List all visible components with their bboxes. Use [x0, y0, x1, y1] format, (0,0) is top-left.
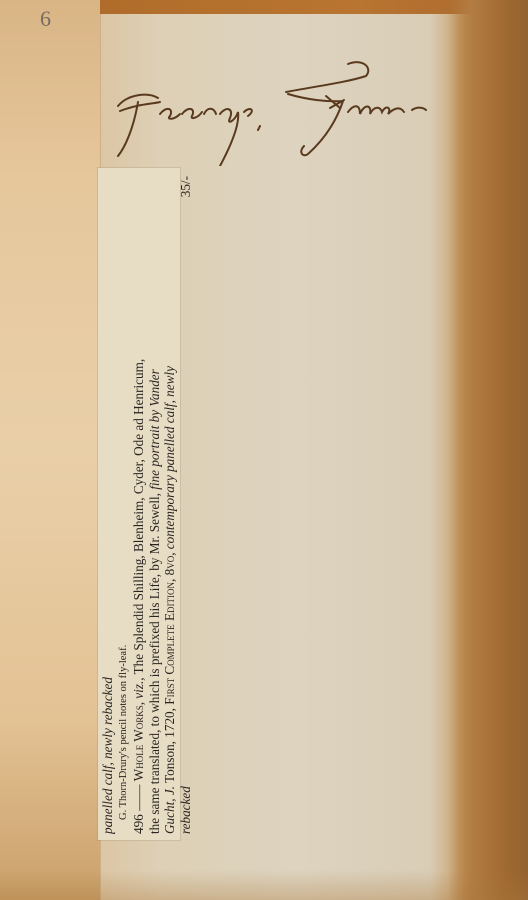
bottom-edge-stain [0, 870, 528, 900]
catalog-clipping: panelled calf, newly rebacked G. Thorn-D… [98, 168, 180, 840]
binding-edge-strip [0, 0, 100, 900]
lot-number: 496 [131, 814, 146, 834]
clipping-line-2: G. Thorn-Drury's pencil notes on fly-lea… [116, 176, 132, 834]
clipping-line-6: rebacked35/- [178, 176, 194, 834]
clipping-line-3: 496 —— Whole Works, viz., The Splendid S… [131, 176, 147, 834]
right-edge-stain [448, 0, 528, 900]
clipping-line-5: Gucht, J. Tonson, 1720, First Complete E… [162, 176, 178, 834]
price: 35/- [178, 176, 194, 197]
work-title: Whole Works, [131, 702, 146, 781]
book-flyleaf: 6 panelled calf, newly rebacked G. Thorn… [0, 0, 528, 900]
clipping-text: panelled calf, newly rebacked G. Thorn-D… [98, 168, 180, 840]
signature-ink-icon [108, 56, 438, 166]
pencil-mark: 6 [40, 6, 51, 32]
clipping-line-1: panelled calf, newly rebacked [100, 176, 116, 834]
clipping-line-4: the same translated, to which is prefixe… [147, 176, 163, 834]
signature-george-jones [108, 56, 438, 166]
